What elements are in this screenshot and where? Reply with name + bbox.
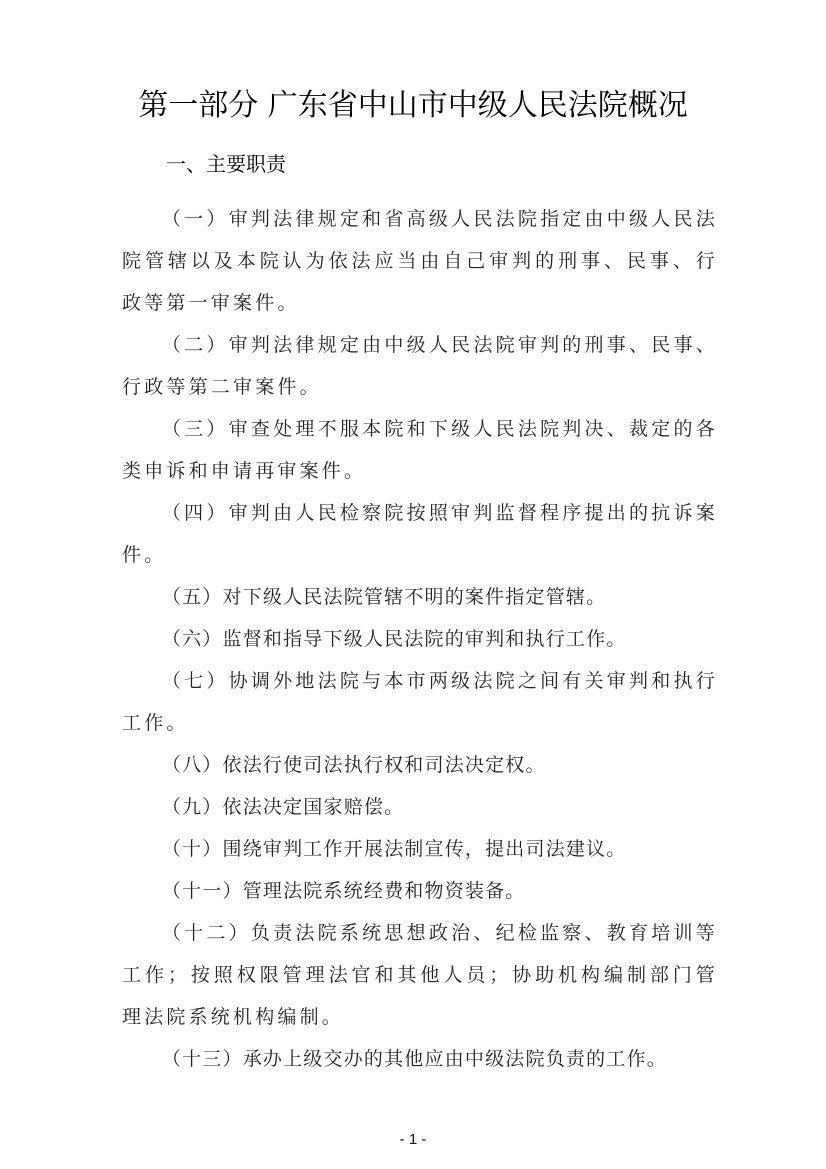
page-number: - 1 -	[0, 1131, 826, 1148]
paragraph-13: （十三）承办上级交办的其他应由中级法院负责的工作。	[122, 1038, 718, 1080]
paragraph-1: （一）审判法律规定和省高级人民法院指定由中级人民法院管辖以及本院认为依法应当由自…	[122, 198, 718, 324]
paragraph-3: （三）审查处理不服本院和下级人民法院判决、裁定的各类申诉和申请再审案件。	[122, 408, 718, 492]
document-page: 第一部分 广东省中山市中级人民法院概况 一、主要职责 （一）审判法律规定和省高级…	[0, 0, 826, 1169]
paragraph-9: （九）依法决定国家赔偿。	[122, 786, 718, 828]
paragraph-4: （四）审判由人民检察院按照审判监督程序提出的抗诉案件。	[122, 492, 718, 576]
paragraph-2: （二）审判法律规定由中级人民法院审判的刑事、民事、行政等第二审案件。	[122, 324, 718, 408]
section-heading: 一、主要职责	[166, 148, 286, 177]
paragraph-8: （八）依法行使司法执行权和司法决定权。	[122, 744, 718, 786]
document-body: （一）审判法律规定和省高级人民法院指定由中级人民法院管辖以及本院认为依法应当由自…	[122, 198, 718, 1080]
page-title: 第一部分 广东省中山市中级人民法院概况	[0, 80, 826, 124]
paragraph-6: （六）监督和指导下级人民法院的审判和执行工作。	[122, 618, 718, 660]
paragraph-11: （十一）管理法院系统经费和物资装备。	[122, 870, 718, 912]
paragraph-7: （七）协调外地法院与本市两级法院之间有关审判和执行工作。	[122, 660, 718, 744]
paragraph-12: （十二）负责法院系统思想政治、纪检监察、教育培训等工作；按照权限管理法官和其他人…	[122, 912, 718, 1038]
paragraph-5: （五）对下级人民法院管辖不明的案件指定管辖。	[122, 576, 718, 618]
paragraph-10: （十）围绕审判工作开展法制宣传，提出司法建议。	[122, 828, 718, 870]
